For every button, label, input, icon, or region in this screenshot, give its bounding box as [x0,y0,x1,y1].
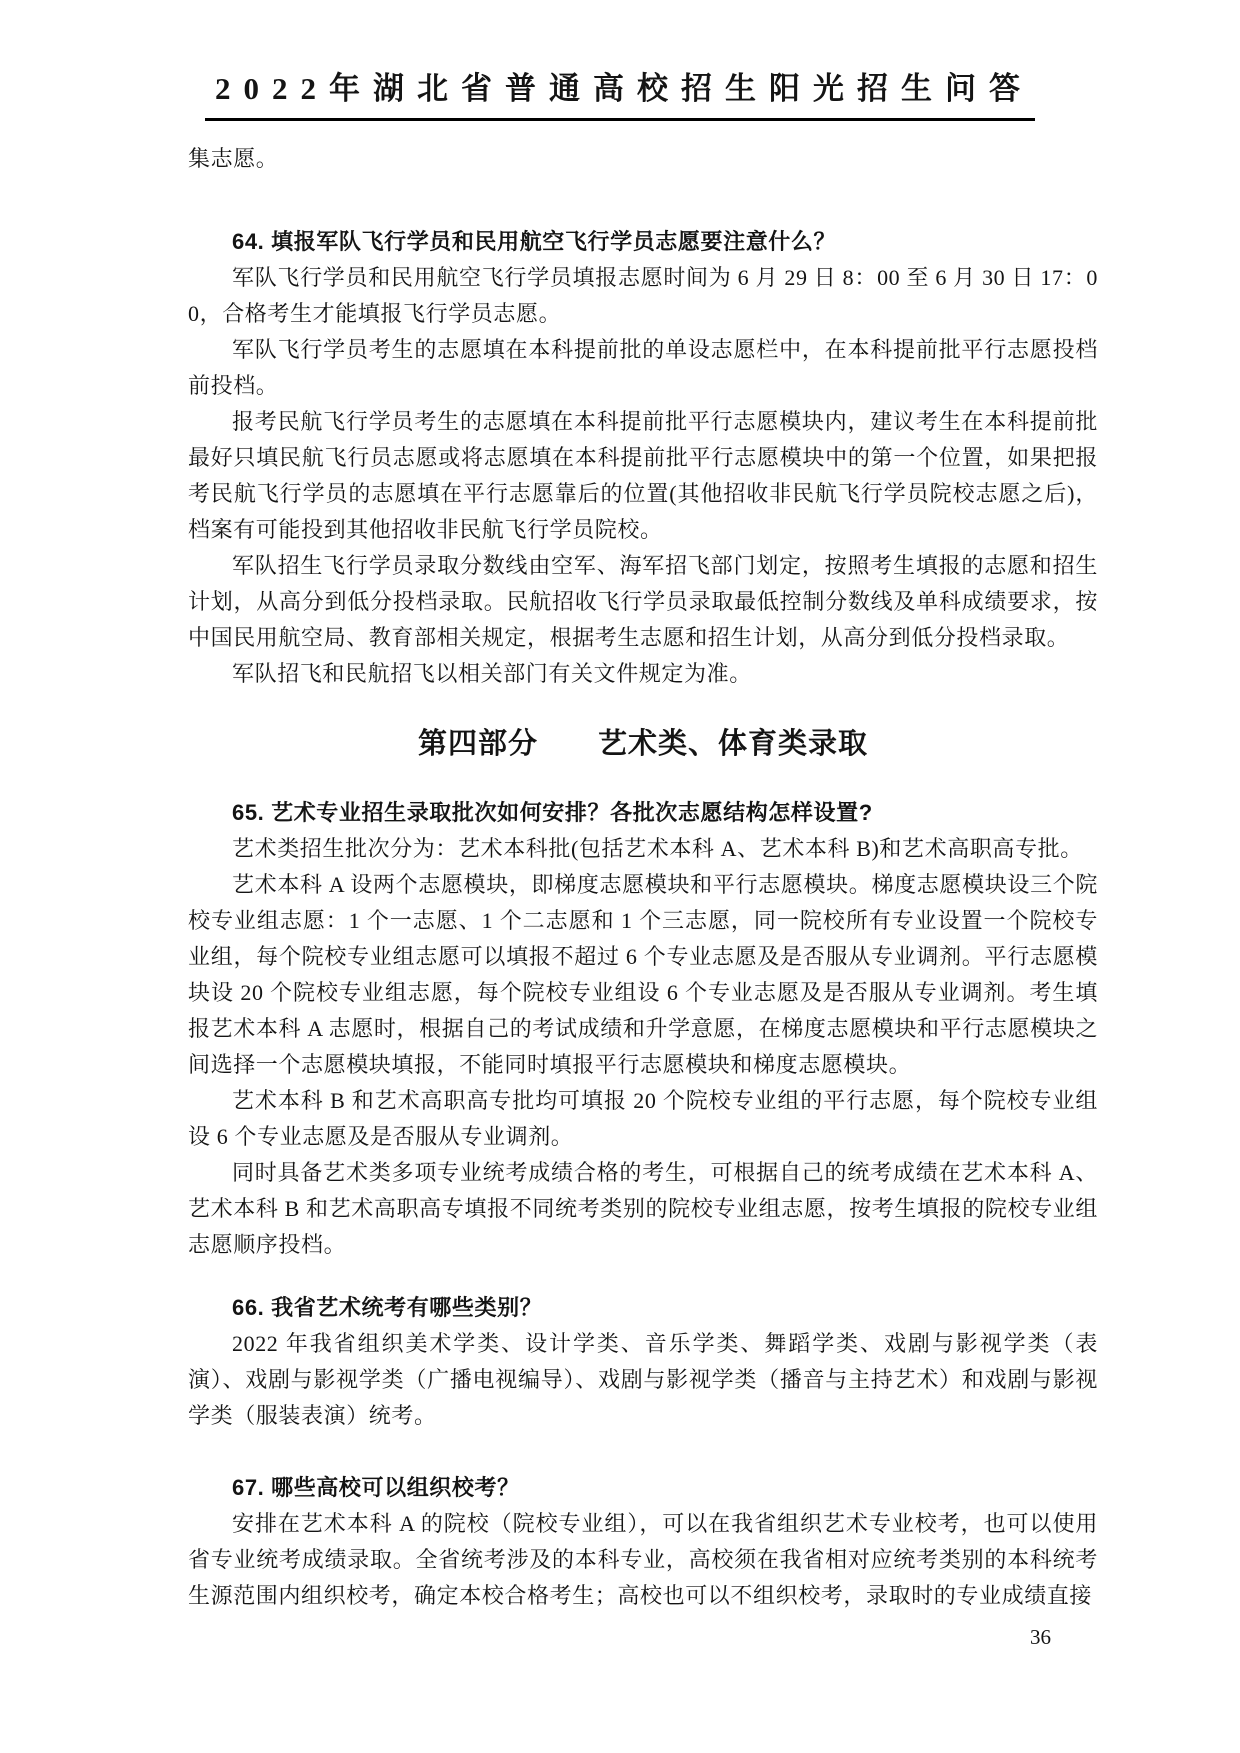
question-64-paragraph-3: 报考民航飞行学员考生的志愿填在本科提前批平行志愿模块内，建议考生在本科提前批最好… [188,404,1098,548]
question-65-paragraph-2: 艺术本科 A 设两个志愿模块，即梯度志愿模块和平行志愿模块。梯度志愿模块设三个院… [188,867,1098,1083]
running-header-title: 2022年湖北省普通高校招生阳光招生问答 [205,68,1035,121]
question-65-paragraph-1: 艺术类招生批次分为：艺术本科批(包括艺术本科 A、艺术本科 B)和艺术高职高专批… [188,831,1098,867]
page-number: 36 [1030,1624,1051,1650]
question-64-heading: 64. 填报军队飞行学员和民用航空飞行学员志愿要注意什么？ [188,224,1098,260]
question-64-paragraph-2: 军队飞行学员考生的志愿填在本科提前批的单设志愿栏中，在本科提前批平行志愿投档前投… [188,332,1098,404]
question-65-paragraph-3: 艺术本科 B 和艺术高职高专批均可填报 20 个院校专业组的平行志愿，每个院校专… [188,1083,1098,1155]
question-64-paragraph-1: 军队飞行学员和民用航空飞行学员填报志愿时间为 6 月 29 日 8：00 至 6… [188,260,1098,332]
question-66-heading: 66. 我省艺术统考有哪些类别？ [188,1290,1098,1326]
running-header: 2022年湖北省普通高校招生阳光招生问答 [0,0,1240,121]
question-65-heading: 65. 艺术专业招生录取批次如何安排？各批次志愿结构怎样设置? [188,795,1098,831]
question-64-paragraph-4: 军队招生飞行学员录取分数线由空军、海军招飞部门划定，按照考生填报的志愿和招生计划… [188,548,1098,656]
page-body: 集志愿。 64. 填报军队飞行学员和民用航空飞行学员志愿要注意什么？ 军队飞行学… [0,121,1240,1614]
question-64-paragraph-5: 军队招飞和民航招飞以相关部门有关文件规定为准。 [188,656,1098,692]
question-66-paragraph-1: 2022 年我省组织美术学类、设计学类、音乐学类、舞蹈学类、戏剧与影视学类（表演… [188,1326,1098,1434]
document-page: 2022年湖北省普通高校招生阳光招生问答 集志愿。 64. 填报军队飞行学员和民… [0,0,1240,1753]
question-67-heading: 67. 哪些高校可以组织校考？ [188,1470,1098,1506]
question-67-paragraph-1: 安排在艺术本科 A 的院校（院校专业组），可以在我省组织艺术专业校考，也可以使用… [188,1506,1098,1614]
continuation-text: 集志愿。 [188,141,1098,177]
part-4-section-title: 第四部分 艺术类、体育类录取 [188,722,1098,766]
question-65-paragraph-4: 同时具备艺术类多项专业统考成绩合格的考生，可根据自己的统考成绩在艺术本科 A、艺… [188,1155,1098,1263]
